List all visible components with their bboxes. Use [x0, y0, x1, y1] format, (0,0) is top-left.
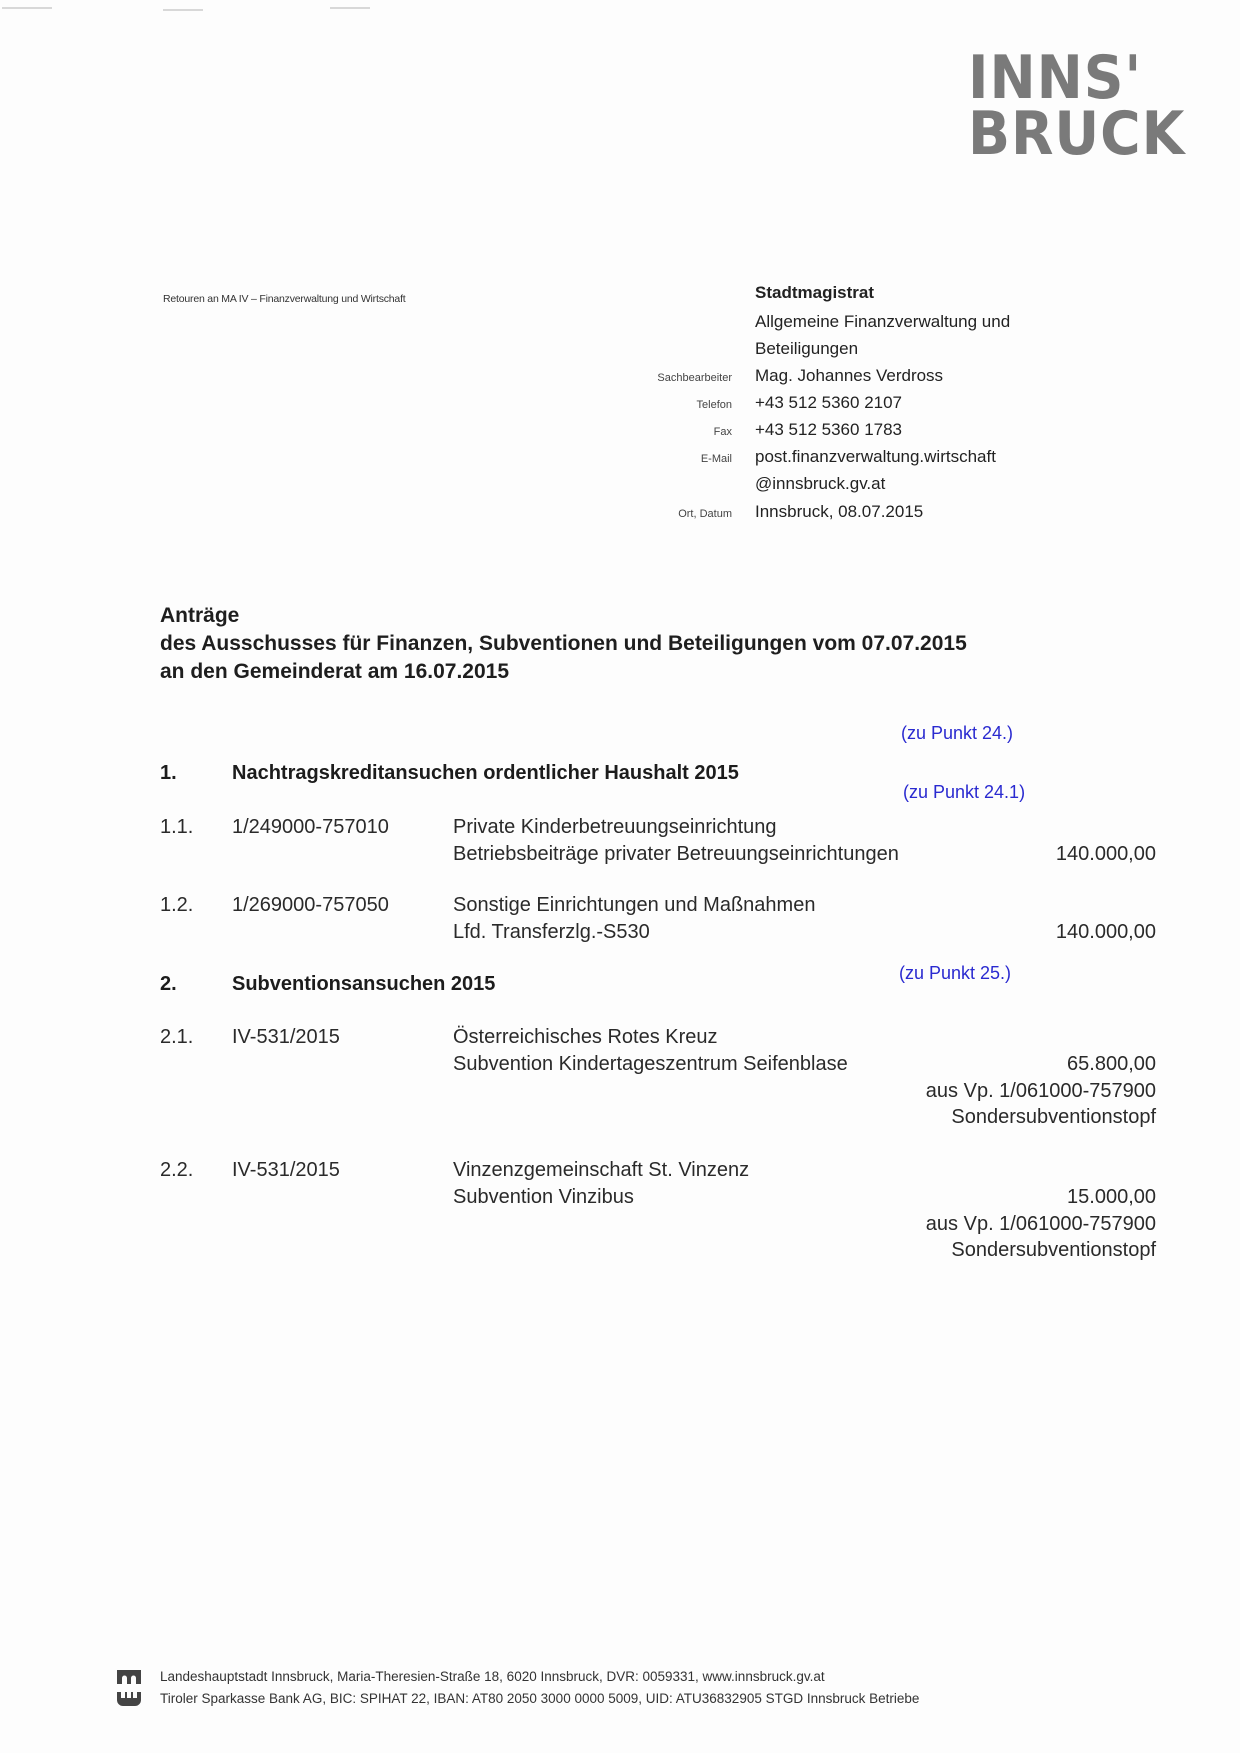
item-file-number: IV-531/2015	[232, 1026, 340, 1049]
value-sachbearbeiter: Mag. Johannes Verdross	[755, 366, 943, 386]
reference-punkt-25: (zu Punkt 25.)	[899, 963, 1011, 984]
scan-artifact	[330, 7, 370, 9]
item-description: Betriebsbeiträge privater Betreuungseinr…	[453, 843, 899, 866]
label-ort-datum: Ort, Datum	[678, 508, 732, 520]
value-fax: +43 512 5360 1783	[755, 420, 902, 440]
section-2-number: 2.	[160, 973, 177, 996]
value-email[interactable]: post.finanzverwaltung.wirtschaft	[755, 447, 996, 467]
section-2-title: Subventionsansuchen 2015	[232, 973, 495, 996]
logo-line-2: BRUCK	[968, 106, 1180, 162]
section-1-title: Nachtragskreditansuchen ordentlicher Hau…	[232, 762, 739, 785]
document-title: Anträge	[160, 604, 239, 628]
item-amount: 65.800,00	[1067, 1053, 1156, 1076]
item-title: Private Kinderbetreuungseinrichtung	[453, 816, 777, 839]
item-amount: 140.000,00	[1056, 921, 1156, 944]
sender-organization: Stadtmagistrat	[755, 283, 874, 303]
scan-artifact	[2, 7, 52, 9]
value-ort-datum: Innsbruck, 08.07.2015	[755, 502, 923, 522]
item-fund: Sondersubventionstopf	[951, 1106, 1156, 1129]
label-telefon: Telefon	[697, 399, 732, 411]
reference-punkt-24: (zu Punkt 24.)	[901, 723, 1013, 744]
innsbruck-logo: INNS' BRUCK	[968, 50, 1180, 162]
item-description: Subvention Vinzibus	[453, 1186, 634, 1209]
reference-punkt-24-1: (zu Punkt 24.1)	[903, 782, 1025, 803]
item-number: 1.2.	[160, 894, 193, 917]
item-source: aus Vp. 1/061000-757900	[926, 1080, 1156, 1103]
logo-line-1: INNS'	[968, 50, 1180, 106]
item-fund: Sondersubventionstopf	[951, 1239, 1156, 1262]
sender-department-line2: Beteiligungen	[755, 339, 858, 359]
item-recipient: Österreichisches Rotes Kreuz	[453, 1026, 718, 1049]
footer-address: Landeshauptstadt Innsbruck, Maria-Theres…	[160, 1669, 825, 1684]
item-source: aus Vp. 1/061000-757900	[926, 1213, 1156, 1236]
item-budget-code: 1/269000-757050	[232, 894, 389, 917]
item-amount: 15.000,00	[1067, 1186, 1156, 1209]
item-number: 2.1.	[160, 1026, 193, 1049]
label-email: E-Mail	[701, 453, 732, 465]
item-description: Subvention Kindertageszentrum Seifenblas…	[453, 1053, 848, 1076]
document-subtitle-2: an den Gemeinderat am 16.07.2015	[160, 660, 509, 684]
sender-department-line1: Allgemeine Finanzverwaltung und	[755, 312, 1010, 332]
return-address: Retouren an MA IV – Finanzverwaltung und…	[163, 293, 406, 305]
footer-bank-details: Tiroler Sparkasse Bank AG, BIC: SPIHAT 2…	[160, 1691, 919, 1706]
item-amount: 140.000,00	[1056, 843, 1156, 866]
item-file-number: IV-531/2015	[232, 1159, 340, 1182]
bridge-icon	[117, 1692, 141, 1706]
item-number: 2.2.	[160, 1159, 193, 1182]
section-1-number: 1.	[160, 762, 177, 785]
value-email-domain[interactable]: @innsbruck.gv.at	[755, 474, 885, 494]
item-budget-code: 1/249000-757010	[232, 816, 389, 839]
value-telefon: +43 512 5360 2107	[755, 393, 902, 413]
item-number: 1.1.	[160, 816, 193, 839]
item-title: Sonstige Einrichtungen und Maßnahmen	[453, 894, 815, 917]
document-subtitle-1: des Ausschusses für Finanzen, Subvention…	[160, 632, 967, 656]
item-description: Lfd. Transferzlg.-S530	[453, 921, 650, 944]
city-wall-icon	[117, 1670, 141, 1684]
label-sachbearbeiter: Sachbearbeiter	[657, 372, 732, 384]
scan-artifact	[163, 9, 203, 11]
item-recipient: Vinzenzgemeinschaft St. Vinzenz	[453, 1159, 749, 1182]
label-fax: Fax	[714, 426, 732, 438]
